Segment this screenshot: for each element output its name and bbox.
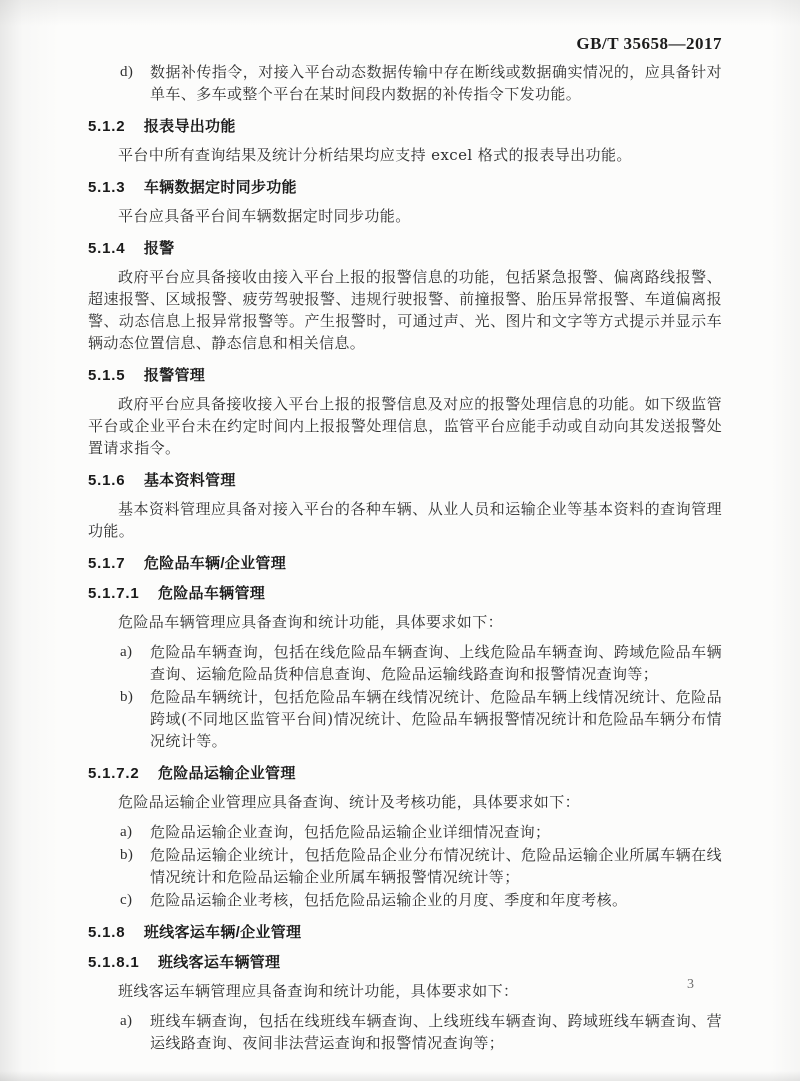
list-item-b: b) 危险品车辆统计，包括危险品车辆在线情况统计、危险品车辆上线情况统计、危险品… xyxy=(88,686,722,752)
heading-5-1-6: 5.1.6 基本资料管理 xyxy=(88,472,722,489)
heading-title: 危险品车辆管理 xyxy=(158,585,265,602)
heading-5-1-2: 5.1.2 报表导出功能 xyxy=(88,118,722,135)
list-item-text: 数据补传指令，对接入平台动态数据传输中存在断线或数据确实情况的，应具备针对单车、… xyxy=(150,61,722,105)
heading-5-1-8: 5.1.8 班线客运车辆/企业管理 xyxy=(88,924,722,941)
list-marker: c) xyxy=(120,889,150,911)
heading-title: 班线客运车辆/企业管理 xyxy=(144,924,301,941)
paragraph-5-1-6: 基本资料管理应具备对接入平台的各种车辆、从业人员和运输企业等基本资料的查询管理功… xyxy=(88,498,722,542)
heading-title: 班线客运车辆管理 xyxy=(158,954,280,971)
list-item-d: d) 数据补传指令，对接入平台动态数据传输中存在断线或数据确实情况的，应具备针对… xyxy=(88,61,722,105)
heading-5-1-7-2: 5.1.7.2 危险品运输企业管理 xyxy=(88,765,722,782)
heading-number: 5.1.8 xyxy=(88,924,125,941)
heading-5-1-7: 5.1.7 危险品车辆/企业管理 xyxy=(88,555,722,572)
paragraph-5-1-7-2: 危险品运输企业管理应具备查询、统计及考核功能，具体要求如下： xyxy=(88,791,722,813)
list-marker: d) xyxy=(120,61,150,83)
list-item-text: 危险品运输企业查询，包括危险品运输企业详细情况查询； xyxy=(150,821,722,843)
heading-number: 5.1.7 xyxy=(88,555,125,572)
heading-5-1-3: 5.1.3 车辆数据定时同步功能 xyxy=(88,179,722,196)
paragraph-5-1-8-1: 班线客运车辆管理应具备查询和统计功能，具体要求如下： xyxy=(88,980,722,1002)
list-marker: a) xyxy=(120,641,150,663)
list-item-text: 危险品运输企业考核，包括危险品运输企业的月度、季度和年度考核。 xyxy=(150,889,722,911)
list-item-text: 危险品车辆查询，包括在线危险品车辆查询、上线危险品车辆查询、跨域危险品车辆查询、… xyxy=(150,641,722,685)
paragraph-5-1-3: 平台应具备平台间车辆数据定时同步功能。 xyxy=(88,205,722,227)
heading-title: 危险品车辆/企业管理 xyxy=(144,555,286,572)
paragraph-5-1-2: 平台中所有查询结果及统计分析结果均应支持 excel 格式的报表导出功能。 xyxy=(88,144,722,166)
list-marker: b) xyxy=(120,844,150,866)
heading-number: 5.1.3 xyxy=(88,179,125,196)
heading-5-1-4: 5.1.4 报警 xyxy=(88,240,722,257)
heading-title: 报表导出功能 xyxy=(144,118,236,135)
heading-title: 危险品运输企业管理 xyxy=(158,765,296,782)
heading-number: 5.1.4 xyxy=(88,240,125,257)
heading-number: 5.1.7.2 xyxy=(88,765,139,782)
page-number: 3 xyxy=(687,977,694,993)
document-page: GB/T 35658—2017 d) 数据补传指令，对接入平台动态数据传输中存在… xyxy=(0,0,800,1081)
paragraph-5-1-4: 政府平台应具备接收由接入平台上报的报警信息的功能，包括紧急报警、偏离路线报警、超… xyxy=(88,266,722,354)
list-item-b: b) 危险品运输企业统计，包括危险品企业分布情况统计、危险品运输企业所属车辆在线… xyxy=(88,844,722,888)
heading-title: 基本资料管理 xyxy=(144,472,236,489)
heading-title: 报警管理 xyxy=(144,367,205,384)
list-item-a: a) 危险品运输企业查询，包括危险品运输企业详细情况查询； xyxy=(88,821,722,843)
heading-number: 5.1.5 xyxy=(88,367,125,384)
heading-number: 5.1.2 xyxy=(88,118,125,135)
list-marker: a) xyxy=(120,821,150,843)
list-item-a: a) 班线车辆查询，包括在线班线车辆查询、上线班线车辆查询、跨域班线车辆查询、营… xyxy=(88,1010,722,1054)
heading-number: 5.1.7.1 xyxy=(88,585,139,602)
running-header: GB/T 35658—2017 xyxy=(576,34,722,54)
list-item-text: 危险品车辆统计，包括危险品车辆在线情况统计、危险品车辆上线情况统计、危险品跨域(… xyxy=(150,686,722,752)
doc-number: GB/T 35658—2017 xyxy=(576,34,722,53)
paragraph-5-1-7-1: 危险品车辆管理应具备查询和统计功能，具体要求如下： xyxy=(88,611,722,633)
heading-5-1-8-1: 5.1.8.1 班线客运车辆管理 xyxy=(88,954,722,971)
list-marker: b) xyxy=(120,686,150,708)
heading-title: 报警 xyxy=(144,240,175,257)
list-item-a: a) 危险品车辆查询，包括在线危险品车辆查询、上线危险品车辆查询、跨域危险品车辆… xyxy=(88,641,722,685)
list-item-c: c) 危险品运输企业考核，包括危险品运输企业的月度、季度和年度考核。 xyxy=(88,889,722,911)
heading-5-1-7-1: 5.1.7.1 危险品车辆管理 xyxy=(88,585,722,602)
heading-number: 5.1.8.1 xyxy=(88,954,139,971)
list-item-text: 危险品运输企业统计，包括危险品企业分布情况统计、危险品运输企业所属车辆在线情况统… xyxy=(150,844,722,888)
document-body: d) 数据补传指令，对接入平台动态数据传输中存在断线或数据确实情况的，应具备针对… xyxy=(88,60,722,1055)
heading-number: 5.1.6 xyxy=(88,472,125,489)
list-marker: a) xyxy=(120,1010,150,1032)
heading-title: 车辆数据定时同步功能 xyxy=(144,179,297,196)
paragraph-5-1-5: 政府平台应具备接收接入平台上报的报警信息及对应的报警处理信息的功能。如下级监管平… xyxy=(88,393,722,459)
heading-5-1-5: 5.1.5 报警管理 xyxy=(88,367,722,384)
list-item-text: 班线车辆查询，包括在线班线车辆查询、上线班线车辆查询、跨域班线车辆查询、营运线路… xyxy=(150,1010,722,1054)
